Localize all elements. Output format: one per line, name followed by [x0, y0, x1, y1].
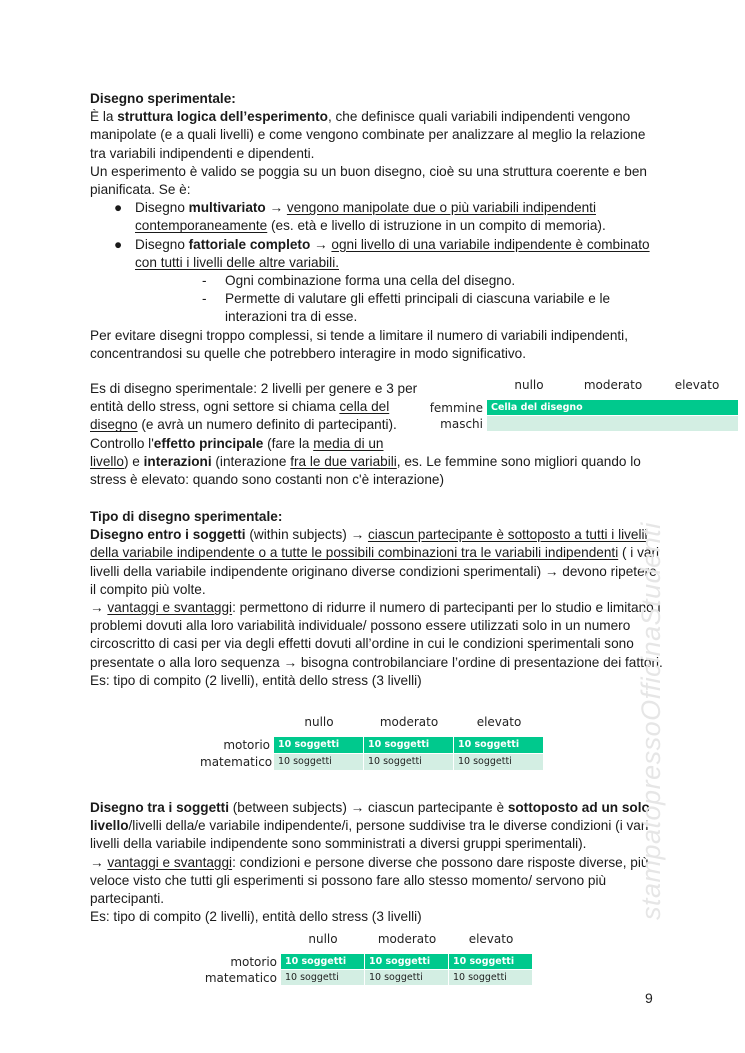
column-header: nullo: [281, 932, 365, 946]
table-cell: 10 soggetti: [365, 954, 448, 969]
dash-item: -Permette di valutare gli effetti princi…: [90, 290, 665, 326]
table-cell: [487, 416, 655, 431]
table-cell: 10 soggetti: [454, 737, 543, 753]
table-cell: [655, 400, 738, 415]
row-label: femmine: [425, 400, 483, 416]
table-cell: 10 soggetti: [454, 754, 543, 770]
table-cell: 10 soggetti: [274, 754, 363, 770]
watermark: stampatopressoOfficinaStudenti: [636, 522, 667, 920]
section-between: Disegno tra i soggetti (between subjects…: [90, 799, 665, 926]
example1-paragraph: Es di disegno sperimentale: 2 livelli pe…: [90, 380, 425, 453]
bullet-icon: ●: [114, 199, 122, 217]
section-title: Disegno sperimentale:: [90, 91, 236, 106]
table-cell: 10 soggetti: [365, 970, 448, 985]
dash-item: -Ogni combinazione forma una cella del d…: [90, 272, 665, 290]
table-cell: 10 soggetti: [281, 954, 364, 969]
between-advantages: → vantaggi e svantaggi: condizioni e per…: [90, 854, 665, 909]
document-page: Disegno sperimentale: È la struttura log…: [0, 0, 745, 1053]
definition-paragraph: È la struttura logica dell’esperimento, …: [90, 108, 665, 163]
bullet-multivariato: ●Disegno multivariato → vengono manipola…: [90, 199, 665, 235]
example1-paragraph-cont: livello) e interazioni (interazione fra …: [90, 453, 665, 489]
table-cell: 10 soggetti: [281, 970, 364, 985]
column-header: moderato: [365, 932, 449, 946]
row-label: motorio: [200, 737, 270, 754]
table-cell: 10 soggetti: [364, 737, 453, 753]
bullet-fattoriale: ●Disegno fattoriale completo → ogni live…: [90, 236, 665, 272]
page-number: 9: [645, 990, 653, 1006]
table-cell: [655, 416, 738, 431]
section-disegno-sperimentale: Disegno sperimentale: È la struttura log…: [90, 90, 665, 363]
row-label: maschi: [425, 416, 483, 432]
bullet-icon: ●: [114, 236, 122, 254]
column-header: elevato: [655, 378, 739, 392]
complexity-paragraph: Per evitare disegni troppo complessi, si…: [90, 327, 665, 363]
within-advantages: → vantaggi e svantaggi: permettono di ri…: [90, 599, 665, 672]
between-example: Es: tipo di compito (2 livelli), entità …: [90, 908, 665, 926]
validity-paragraph: Un esperimento è valido se poggia su un …: [90, 163, 665, 199]
table-cell: 10 soggetti: [449, 954, 532, 969]
row-label: matematico: [195, 970, 277, 986]
column-header: moderato: [364, 715, 454, 729]
table-cell: 10 soggetti: [449, 970, 532, 985]
column-header: nullo: [274, 715, 364, 729]
within-subjects-paragraph: Disegno entro i soggetti (within subject…: [90, 526, 665, 599]
row-label: matematico: [200, 754, 270, 771]
section-tipo-disegno: Tipo di disegno sperimentale: Disegno en…: [90, 508, 665, 690]
table-cell: 10 soggetti: [364, 754, 453, 770]
column-header: elevato: [449, 932, 533, 946]
column-header: elevato: [454, 715, 544, 729]
section-title: Tipo di disegno sperimentale:: [90, 509, 282, 524]
column-header: moderato: [571, 378, 655, 392]
within-example: Es: tipo di compito (2 livelli), entità …: [90, 672, 665, 690]
table-cell: 10 soggetti: [274, 737, 363, 753]
table-cell: Cella del disegno: [487, 400, 655, 415]
between-subjects-paragraph: Disegno tra i soggetti (between subjects…: [90, 799, 665, 854]
column-header: nullo: [487, 378, 571, 392]
row-label: motorio: [195, 954, 277, 970]
